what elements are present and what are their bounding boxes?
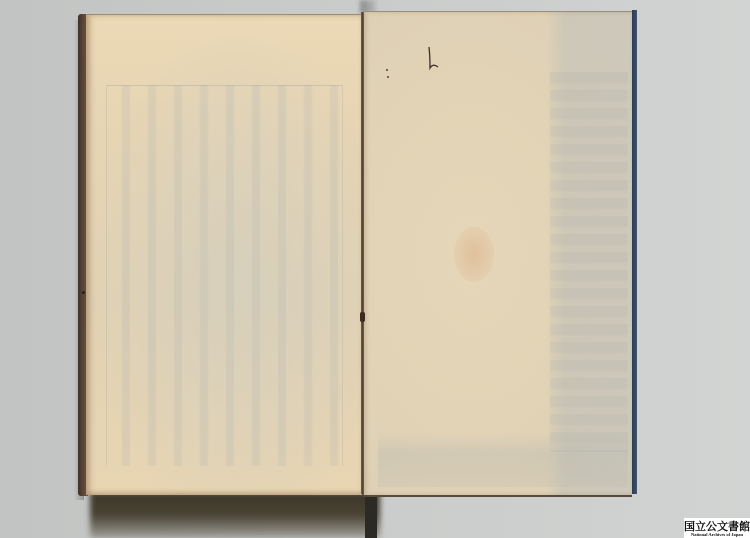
book-cover-right-edge bbox=[632, 10, 637, 494]
ink-mark bbox=[427, 46, 439, 72]
paper-stain bbox=[454, 227, 494, 282]
right-page bbox=[364, 11, 632, 497]
book-spine-shadow bbox=[365, 495, 377, 538]
left-page bbox=[86, 14, 362, 495]
book-shadow-bottom bbox=[90, 492, 380, 538]
archive-watermark-logo: 国立公文書館 National Archives of Japan bbox=[684, 518, 750, 538]
ink-dot bbox=[387, 76, 389, 78]
binding-thread-mark bbox=[360, 312, 365, 322]
watermark-japanese: 国立公文書館 bbox=[684, 521, 750, 532]
photo-scene: 国立公文書館 National Archives of Japan bbox=[0, 0, 750, 538]
show-through-text-block bbox=[106, 85, 343, 466]
show-through-text-column bbox=[550, 72, 628, 452]
show-through-text-bottom bbox=[378, 432, 628, 487]
ink-dot bbox=[82, 291, 85, 294]
watermark-english: National Archives of Japan bbox=[691, 532, 743, 537]
ink-dot bbox=[386, 69, 388, 71]
book-gutter bbox=[361, 12, 364, 494]
